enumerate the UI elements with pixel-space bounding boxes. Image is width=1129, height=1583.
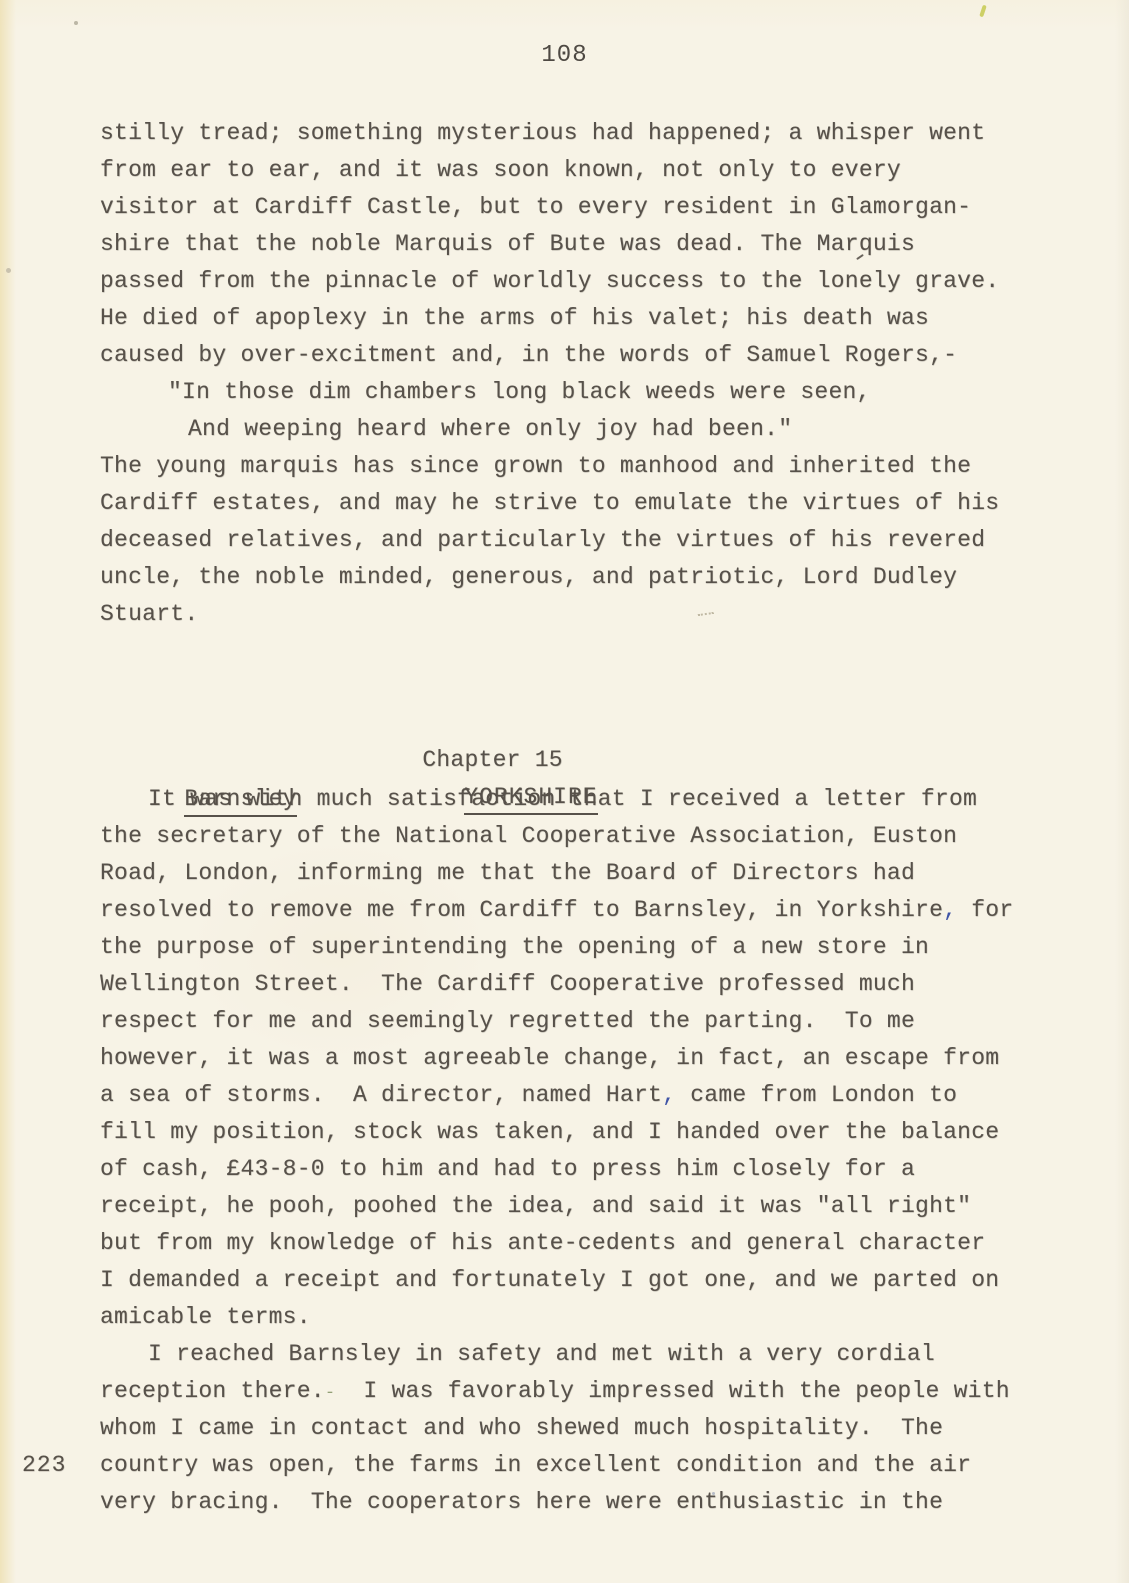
text-segment: but from my knowledge of his ante-cedent… <box>100 1230 985 1256</box>
text-segment: Cardiff estates, and may he strive to em… <box>100 490 999 516</box>
text-segment: the secretary of the National Cooperativ… <box>100 823 957 849</box>
text-line: He died of apoplexy in the arms of his v… <box>100 300 1089 337</box>
text-segment: It was with much satisfaction that I rec… <box>148 786 977 812</box>
text-line: visitor at Cardiff Castle, but to every … <box>100 189 1089 226</box>
text-line: stilly tread; something mysterious had h… <box>100 115 1089 152</box>
text-segment: visitor at Cardiff Castle, but to every … <box>100 194 971 220</box>
text-segment: Road, London, informing me that the Boar… <box>100 860 915 886</box>
section-heading-barnsley: Barnsley <box>100 744 1089 781</box>
text-line: "In those dim chambers long black weeds … <box>100 374 1089 411</box>
text-column: stilly tread; something mysterious had h… <box>0 0 1129 1521</box>
text-segment: country was open, the farms in excellent… <box>100 1452 971 1478</box>
text-line: caused by over-excitment and, in the wor… <box>100 337 1089 374</box>
text-line: passed from the pinnacle of worldly succ… <box>100 263 1089 300</box>
text-segment: very bracing. The cooperators here were … <box>100 1489 943 1515</box>
text-line: uncle, the noble minded, generous, and p… <box>100 559 1089 596</box>
text-line: very bracing. The cooperators here were … <box>100 1484 1089 1521</box>
text-line: 223country was open, the farms in excell… <box>100 1447 1089 1484</box>
text-segment: came from London to <box>676 1082 957 1108</box>
text-segment: The young marquis has since grown to man… <box>100 453 971 479</box>
text-segment: receipt, he pooh, poohed the idea, and s… <box>100 1193 971 1219</box>
text-segment: And weeping heard where only joy had bee… <box>188 416 792 442</box>
text-line: whom I came in contact and who shewed mu… <box>100 1410 1089 1447</box>
text-line: from ear to ear, and it was soon known, … <box>100 152 1089 189</box>
text-segment: stilly tread; something mysterious had h… <box>100 120 985 146</box>
text-segment: reception there. <box>100 1378 325 1404</box>
text-line: Wellington Street. The Cardiff Cooperati… <box>100 966 1089 1003</box>
text-segment: I was favorably impressed with the peopl… <box>335 1378 1010 1404</box>
text-segment: however, it was a most agreeable change,… <box>100 1045 999 1071</box>
text-line: however, it was a most agreeable change,… <box>100 1040 1089 1077</box>
text-line: resolved to remove me from Cardiff to Ba… <box>100 892 1089 929</box>
text-line: amicable terms. <box>100 1299 1089 1336</box>
text-line: The young marquis has since grown to man… <box>100 448 1089 485</box>
paragraph-barnsley-arrival: It was with much satisfaction that I rec… <box>100 781 1089 1336</box>
text-line: Cardiff estates, and may he strive to em… <box>100 485 1089 522</box>
text-line: the purpose of superintending the openin… <box>100 929 1089 966</box>
text-segment: Stuart. <box>100 601 198 627</box>
text-line: but from my knowledge of his ante-cedent… <box>100 1225 1089 1262</box>
text-segment: of cash, £43-8-0 to him and had to press… <box>100 1156 915 1182</box>
text-line: respect for me and seemingly regretted t… <box>100 1003 1089 1040</box>
text-segment: respect for me and seemingly regretted t… <box>100 1008 915 1034</box>
text-segment: passed from the pinnacle of worldly succ… <box>100 268 999 294</box>
paragraph-cardiff-conclusion: stilly tread; something mysterious had h… <box>100 115 1089 633</box>
text-line: receipt, he pooh, poohed the idea, and s… <box>100 1188 1089 1225</box>
text-segment: a sea of storms. A director, named Hart <box>100 1082 662 1108</box>
text-line: fill my position, stock was taken, and I… <box>100 1114 1089 1151</box>
ink-annotation: - <box>325 1384 335 1403</box>
text-line: Stuart. <box>100 596 1089 633</box>
text-segment: from ear to ear, and it was soon known, … <box>100 157 901 183</box>
text-line: shire that the noble Marquis of Bute was… <box>100 226 1089 263</box>
margin-note-223: 223 <box>22 1447 66 1484</box>
text-line: It was with much satisfaction that I rec… <box>100 781 1089 818</box>
text-line: And weeping heard where only joy had bee… <box>100 411 1089 448</box>
paragraph-barnsley-reception: I reached Barnsley in safety and met wit… <box>100 1336 1089 1521</box>
paper-speck <box>712 1492 715 1495</box>
text-segment: caused by over-excitment and, in the wor… <box>100 342 957 368</box>
text-line: I reached Barnsley in safety and met wit… <box>100 1336 1089 1373</box>
text-segment: uncle, the noble minded, generous, and p… <box>100 564 957 590</box>
paper-speck <box>74 21 78 25</box>
manuscript-page: 108 stilly tread; something mysterious h… <box>0 0 1129 1583</box>
text-line: reception there.- I was favorably impres… <box>100 1373 1089 1410</box>
text-segment: He died of apoplexy in the arms of his v… <box>100 305 929 331</box>
text-line: of cash, £43-8-0 to him and had to press… <box>100 1151 1089 1188</box>
text-line: I demanded a receipt and fortunately I g… <box>100 1262 1089 1299</box>
chapter-heading: 222 Chapter 15 YORKSHIRE <box>100 668 1089 705</box>
paper-speck <box>6 268 11 273</box>
text-segment: the purpose of superintending the openin… <box>100 934 929 960</box>
ink-annotation: , <box>943 897 957 923</box>
text-segment: deceased relatives, and particularly the… <box>100 527 985 553</box>
text-line: a sea of storms. A director, named Hart,… <box>100 1077 1089 1114</box>
text-segment: Wellington Street. The Cardiff Cooperati… <box>100 971 915 997</box>
text-segment: whom I came in contact and who shewed mu… <box>100 1415 943 1441</box>
text-segment: I demanded a receipt and fortunately I g… <box>100 1267 999 1293</box>
text-line: Road, London, informing me that the Boar… <box>100 855 1089 892</box>
text-segment: resolved to remove me from Cardiff to Ba… <box>100 897 943 923</box>
text-line: the secretary of the National Cooperativ… <box>100 818 1089 855</box>
text-line: deceased relatives, and particularly the… <box>100 522 1089 559</box>
text-segment: shire that the noble Marquis of Bute was… <box>100 231 915 257</box>
text-segment: for <box>957 897 1013 923</box>
text-segment: fill my position, stock was taken, and I… <box>100 1119 999 1145</box>
text-segment: amicable terms. <box>100 1304 311 1330</box>
ink-annotation: , <box>662 1082 676 1108</box>
text-segment: "In those dim chambers long black weeds … <box>168 379 871 405</box>
text-segment: I reached Barnsley in safety and met wit… <box>148 1341 935 1367</box>
